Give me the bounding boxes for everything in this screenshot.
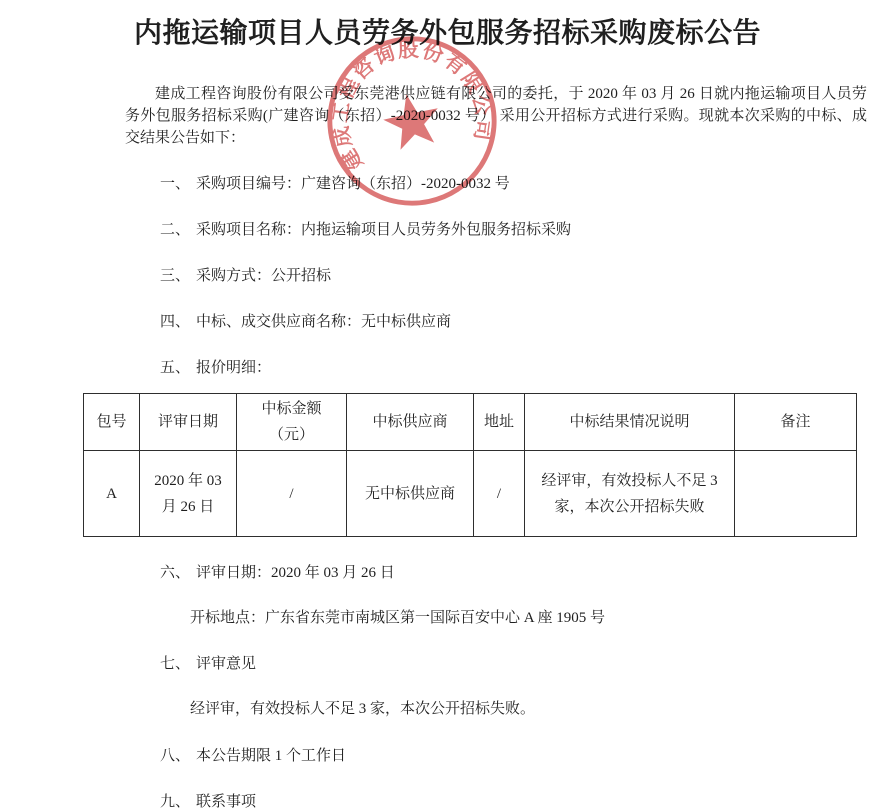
section-text: 采购方式：公开招标 [196,268,331,284]
page-title: 内拖运输项目人员劳务外包服务招标采购废标公告 [30,16,865,52]
section-item-2: 二、采购项目名称：内拖运输项目人员劳务外包服务招标采购 [160,220,865,241]
section-text: 中标、成交供应商名称：无中标供应商 [196,314,451,330]
section-item-7-sub: 经评审，有效投标人不足 3 家，本次公开招标失败。 [190,699,865,720]
section-number: 五、 [160,360,190,376]
section-number: 八、 [160,748,190,764]
section-item-4: 四、中标、成交供应商名称：无中标供应商 [160,312,865,333]
header-remark: 备注 [735,394,857,451]
section-item-1: 一、采购项目编号：广建咨询（东招）-2020-0032 号 [160,174,865,195]
cell-award-amount: / [237,451,347,537]
section-item-5: 五、报价明细： [160,358,865,379]
section-number: 一、 [160,176,190,192]
section-number: 九、 [160,794,190,809]
section-number: 七、 [160,656,190,672]
table-row: A 2020 年 03 月 26 日 / 无中标供应商 / 经评审，有效投标人不… [84,451,857,537]
section-text: 联系事项 [196,794,256,809]
section-item-3: 三、采购方式：公开招标 [160,266,865,287]
section-text: 本公告期限 1 个工作日 [196,748,346,764]
cell-award-supplier: 无中标供应商 [347,451,474,537]
section-text: 评审意见 [196,656,256,672]
header-award-amount: 中标金额 （元） [237,394,347,451]
section-number: 四、 [160,314,190,330]
section-item-7: 七、评审意见 [160,654,865,675]
header-review-date: 评审日期 [140,394,237,451]
section-text: 采购项目编号：广建咨询（东招）-2020-0032 号 [196,176,510,192]
header-package-no: 包号 [84,394,140,451]
cell-result-note: 经评审，有效投标人不足 3 家，本次公开招标失败 [525,451,735,537]
header-address: 地址 [474,394,525,451]
section-number: 三、 [160,268,190,284]
table-header-row: 包号 评审日期 中标金额 （元） 中标供应商 地址 中标结果情况说明 备注 [84,394,857,451]
intro-paragraph: 建成工程咨询股份有限公司受东莞港供应链有限公司的委托，于 2020 年 03 月… [125,83,867,149]
section-text: 报价明细： [196,360,271,376]
section-text: 评审日期：2020 年 03 月 26 日 [196,565,395,581]
header-award-supplier: 中标供应商 [347,394,474,451]
section-number: 二、 [160,222,190,238]
cell-address: / [474,451,525,537]
section-item-6: 六、评审日期：2020 年 03 月 26 日 [160,563,865,584]
cell-package-no: A [84,451,140,537]
cell-review-date: 2020 年 03 月 26 日 [140,451,237,537]
section-item-9: 九、联系事项 [160,792,865,809]
section-item-6-sub: 开标地点：广东省东莞市南城区第一国际百安中心 A 座 1905 号 [190,608,865,629]
section-text: 采购项目名称：内拖运输项目人员劳务外包服务招标采购 [196,222,571,238]
section-number: 六、 [160,565,190,581]
cell-remark [735,451,857,537]
document-page: 建成工程咨询股份有限公司 内拖运输项目人员劳务外包服务招标采购废标公告 建成工程… [0,0,895,809]
section-item-8: 八、本公告期限 1 个工作日 [160,746,865,767]
header-result-note: 中标结果情况说明 [525,394,735,451]
bid-result-table: 包号 评审日期 中标金额 （元） 中标供应商 地址 中标结果情况说明 备注 A … [83,393,857,537]
